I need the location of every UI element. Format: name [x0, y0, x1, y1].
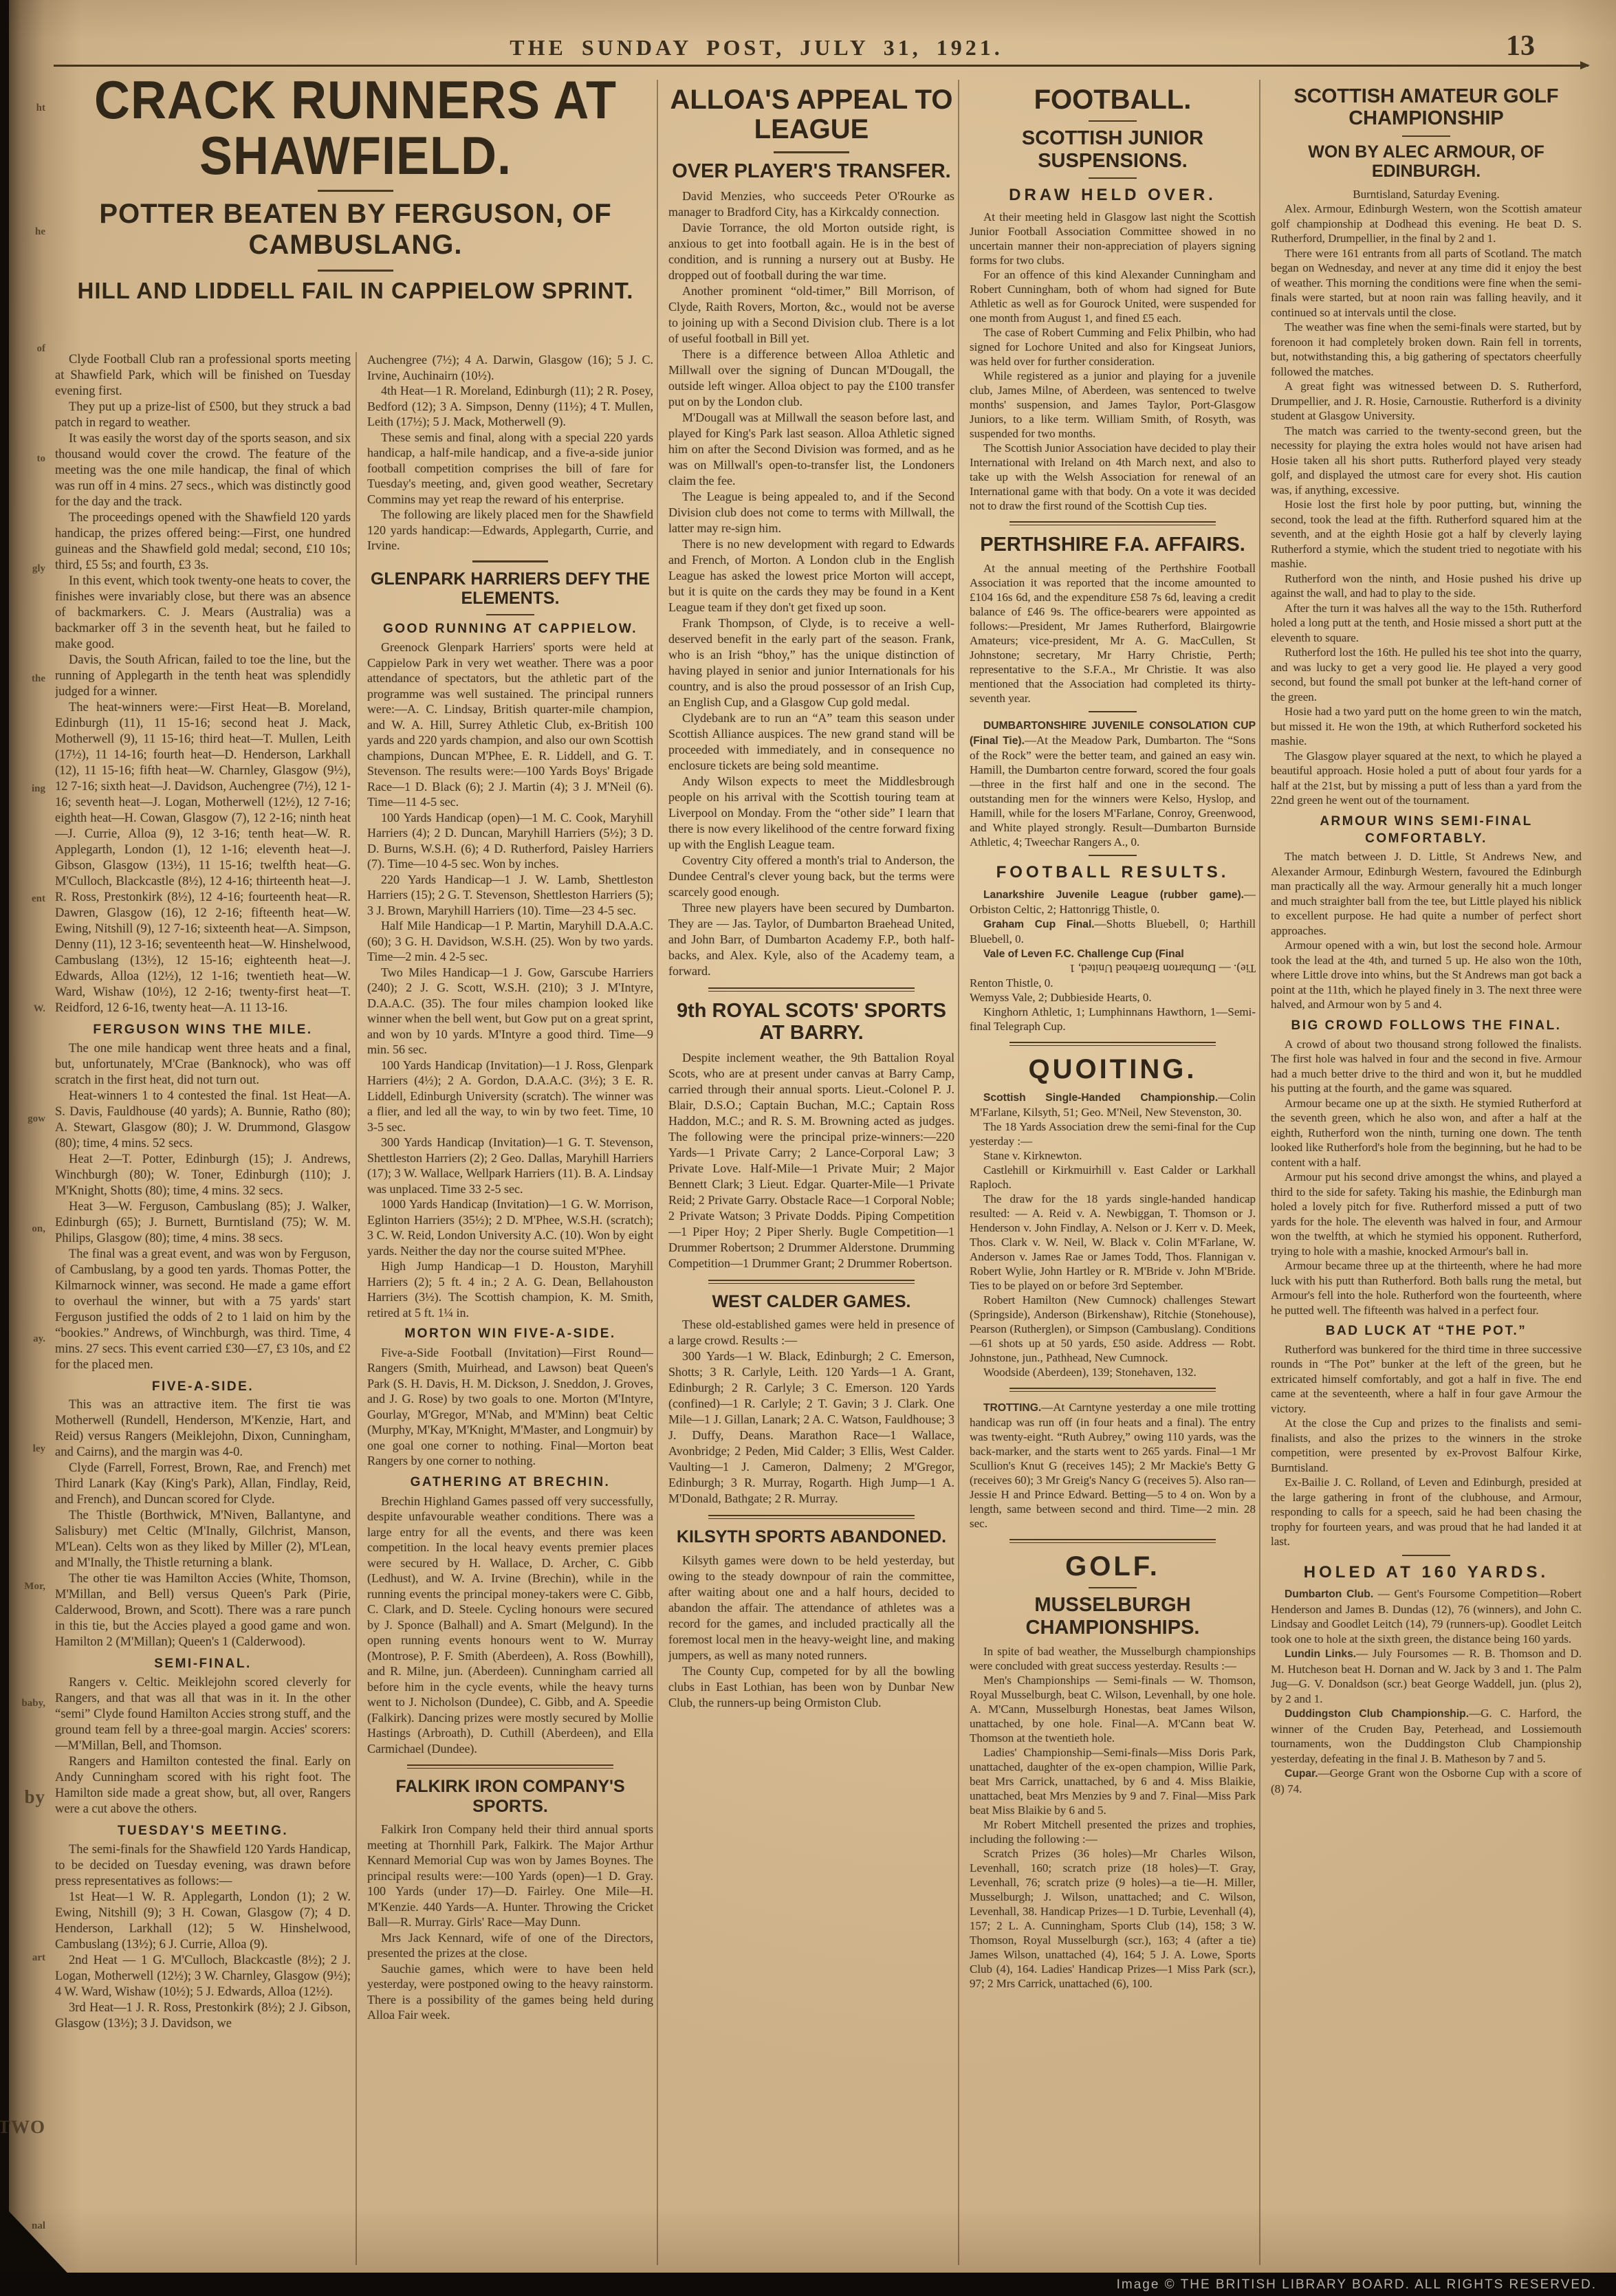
- article-paragraph: Ex-Bailie J. C. Rolland, of Leven and Ed…: [1271, 1475, 1582, 1549]
- edge-text-fragment: baby,: [21, 1698, 45, 1709]
- edge-text-fragment: he: [35, 227, 45, 237]
- section-divider: [472, 560, 548, 562]
- section-subheadline: OVER PLAYER'S TRANSFER.: [668, 160, 954, 182]
- previous-page-edge-strip: htheoftoglytheingentW.gowon,ay.leyMor,ba…: [9, 0, 47, 2296]
- article-paragraph: The weather was fine when the semi-final…: [1271, 320, 1582, 379]
- article-paragraph: A great fight was witnessed between D. S…: [1271, 379, 1582, 424]
- section-crosshead: WEST CALDER GAMES.: [668, 1292, 954, 1312]
- run-in-subhead: FERGUSON WINS THE MILE.: [55, 1022, 351, 1039]
- edge-text-fragment: the: [32, 674, 45, 684]
- section-divider: [1089, 711, 1137, 712]
- article-paragraph: The final was a great event, and was won…: [55, 1247, 351, 1373]
- section-headline: GOLF.: [970, 1551, 1256, 1582]
- headline-divider: [318, 270, 393, 272]
- article-paragraph: These semis and final, along with a spec…: [367, 430, 653, 507]
- edge-text-fragment: ent: [32, 894, 45, 904]
- article-paragraph: Hosie had a two yard putt on the home gr…: [1271, 704, 1582, 749]
- article-paragraph: Scottish Single-Handed Championship.—Col…: [970, 1090, 1256, 1119]
- section-crosshead: GLENPARK HARRIERS DEFY THE ELEMENTS.: [367, 569, 653, 609]
- article-paragraph: Armour became one up at the sixth. He st…: [1271, 1096, 1582, 1170]
- article-paragraph: 100 Yards Handicap (open)—1 M. C. Cook, …: [367, 810, 653, 872]
- lead-story-headline-block: CRACK RUNNERS AT SHAWFIELD. POTTER BEATE…: [55, 77, 656, 304]
- article-paragraph: Lundin Links.— July Foursomes — R. B. Th…: [1271, 1646, 1582, 1706]
- article-paragraph: Another prominent “old-timer,” Bill Morr…: [668, 283, 954, 347]
- article-paragraph: 4th Heat—1 R. Moreland, Edinburgh (11); …: [367, 383, 653, 430]
- article-paragraph: For an offence of this kind Alexander Cu…: [970, 267, 1256, 325]
- article-paragraph: Heat 3—W. Ferguson, Cambuslang (85); J. …: [55, 1199, 351, 1247]
- section-divider: [1009, 1042, 1216, 1046]
- edge-text-fragment: Mor,: [24, 1582, 45, 1592]
- edge-text-fragment: to: [37, 454, 46, 464]
- section-crosshead: FALKIRK IRON COMPANY'S SPORTS.: [367, 1777, 653, 1816]
- article-paragraph: Lanarkshire Juvenile League (rubber game…: [970, 887, 1256, 917]
- article-paragraph: Frank Thompson, of Clyde, is to receive …: [668, 615, 954, 710]
- article-paragraph: High Jump Handicap—1 D. Houston, Maryhil…: [367, 1258, 653, 1320]
- article-paragraph: 220 Yards Handicap—1 J. W. Lamb, Shettle…: [367, 872, 653, 919]
- article-paragraph: Davis, the South African, failed to toe …: [55, 653, 351, 700]
- edge-text-fragment: W.: [34, 1004, 45, 1014]
- edge-text-fragment: TWO: [0, 2118, 45, 2136]
- article-paragraph: Heat 2—T. Potter, Edinburgh (15); J. And…: [55, 1152, 351, 1199]
- copyright-text: Image © THE BRITISH LIBRARY BOARD. ALL R…: [1117, 2278, 1597, 2291]
- run-in-subhead: FIVE-A-SIDE.: [55, 1379, 351, 1396]
- article-paragraph: There is a difference between Alloa Athl…: [668, 347, 954, 410]
- article-paragraph: At the close the Cup and prizes to the f…: [1271, 1416, 1582, 1475]
- masthead-rule: [54, 65, 1588, 67]
- edge-text-fragment: art: [32, 1953, 45, 1963]
- section-divider: [486, 614, 534, 615]
- article-paragraph: Kinghorn Athletic, 1; Lumphinnans Hawtho…: [970, 1005, 1256, 1034]
- article-paragraph: While registered as a junior and playing…: [970, 369, 1256, 441]
- article-paragraph: Wemyss Vale, 2; Dubbieside Hearts, 0.: [970, 990, 1256, 1005]
- article-paragraph: The Scottish Junior Association have dec…: [970, 441, 1256, 513]
- section-subheadline: SCOTTISH AMATEUR GOLF CHAMPIONSHIP: [1271, 85, 1582, 130]
- article-paragraph: Brechin Highland Games passed off very s…: [367, 1494, 653, 1757]
- article-paragraph: Men's Championships — Semi-finals — W. T…: [970, 1673, 1256, 1745]
- article-paragraph: Kilsyth games were down to be held yeste…: [668, 1553, 954, 1663]
- edge-text-fragment: by: [24, 1788, 45, 1806]
- article-paragraph: 3rd Heat—1 J. R. Ross, Prestonkirk (8½);…: [55, 2000, 351, 2032]
- article-paragraph: There were 161 entrants from all parts o…: [1271, 246, 1582, 320]
- article-paragraph: There is no new development with regard …: [668, 536, 954, 615]
- section-divider: [1089, 855, 1137, 856]
- article-paragraph: Castlehill or Kirkmuirhill v. East Calde…: [970, 1163, 1256, 1192]
- spread-crosshead: FOOTBALL RESULTS.: [970, 863, 1256, 883]
- article-paragraph: Rangers and Hamilton contested the final…: [55, 1754, 351, 1817]
- spread-crosshead: DRAW HELD OVER.: [970, 186, 1256, 206]
- article-paragraph: 300 Yards Handicap (Invitation)—1 G. T. …: [367, 1135, 653, 1196]
- run-in-subhead: TUESDAY'S MEETING.: [55, 1823, 351, 1840]
- article-paragraph: At the annual meeting of the Perthshire …: [970, 561, 1256, 706]
- article-paragraph: The proceedings opened with the Shawfiel…: [55, 510, 351, 573]
- page-number: 13: [1506, 32, 1535, 61]
- section-divider: [708, 1515, 915, 1519]
- article-paragraph: Graham Cup Final.—Shotts Bluebell, 0; Ha…: [970, 917, 1256, 946]
- edge-text-fragment: gly: [32, 564, 45, 574]
- article-paragraph: After the turn it was halves all the way…: [1271, 601, 1582, 646]
- article-paragraph: The County Cup, competed for by all the …: [668, 1663, 954, 1711]
- article-paragraph: These old-established games were held in…: [668, 1317, 954, 1348]
- article-paragraph: They put up a prize-list of £500, but th…: [55, 400, 351, 431]
- article-paragraph: Armour opened with a win, but lost the s…: [1271, 938, 1582, 1012]
- article-paragraph: Coventry City offered a month's trial to…: [668, 853, 954, 900]
- article-paragraph: Renton Thistle, 0.: [970, 976, 1256, 990]
- article-paragraph: The 18 Yards Association drew the semi-f…: [970, 1119, 1256, 1148]
- article-paragraph: The case of Robert Cumming and Felix Phi…: [970, 325, 1256, 369]
- library-watermark-bar: Image © THE BRITISH LIBRARY BOARD. ALL R…: [0, 2273, 1616, 2296]
- article-paragraph: Mr Robert Mitchell presented the prizes …: [970, 1817, 1256, 1846]
- article-paragraph: 2nd Heat — 1 G. M'Culloch, Blackcastle (…: [55, 1953, 351, 2000]
- article-paragraph: Clyde (Farrell, Forrest, Brown, Rae, and…: [55, 1461, 351, 1508]
- article-paragraph: Mrs Jack Kennard, wife of one of the Dir…: [367, 1930, 653, 1961]
- article-paragraph: The following are likely placed men for …: [367, 507, 653, 554]
- article-paragraph: M'Dougall was at Millwall the season bef…: [668, 410, 954, 489]
- section-divider: [1089, 1587, 1137, 1588]
- masthead: THE SUNDAY POST, JULY 31, 1921.: [447, 36, 1066, 60]
- article-paragraph: Alex. Armour, Edinburgh Western, won the…: [1271, 201, 1582, 246]
- article-paragraph: Five-a-Side Football (Invitation)—First …: [367, 1345, 653, 1469]
- section-subheadline: PERTHSHIRE F.A. AFFAIRS.: [970, 534, 1256, 556]
- section-headline: FOOTBALL.: [970, 85, 1256, 115]
- scan-edge-left: [0, 0, 9, 2296]
- section-divider: [1009, 521, 1216, 525]
- section-crosshead: WON BY ALEC ARMOUR, OF EDINBURGH.: [1271, 142, 1582, 182]
- article-paragraph: The heat-winners were:—First Heat—B. Mor…: [55, 700, 351, 1016]
- article-paragraph: The semi-finals for the Shawfield 120 Ya…: [55, 1842, 351, 1890]
- article-paragraph: Greenock Glenpark Harriers' sports were …: [367, 639, 653, 810]
- column-1: Clyde Football Club ran a professional s…: [55, 352, 351, 2265]
- run-in-subhead: GATHERING AT BRECHIN.: [367, 1474, 653, 1491]
- article-paragraph: Armour became three up at the thirteenth…: [1271, 1258, 1582, 1318]
- article-paragraph: In this event, which took twenty-one hea…: [55, 573, 351, 653]
- article-paragraph: 300 Yards—1 W. Black, Edinburgh; 2 C. Em…: [668, 1348, 954, 1507]
- article-paragraph: This was an attractive item. The first t…: [55, 1397, 351, 1461]
- article-paragraph: The Glasgow player squared at the next, …: [1271, 749, 1582, 808]
- section-divider: [1009, 1388, 1216, 1392]
- article-paragraph: In spite of bad weather, the Musselburgh…: [970, 1644, 1256, 1673]
- article-paragraph: The League is being appealed to, and if …: [668, 489, 954, 536]
- section-divider: [708, 1280, 915, 1284]
- article-paragraph: Clydebank are to run an “A” team this se…: [668, 710, 954, 774]
- lead-headline: CRACK RUNNERS AT SHAWFIELD.: [55, 73, 656, 184]
- article-paragraph: Heat-winners 1 to 4 contested the final.…: [55, 1089, 351, 1152]
- article-paragraph: Woodside (Aberdeen), 139; Stonehaven, 13…: [970, 1365, 1256, 1379]
- article-paragraph: Ladies' Championship—Semi-finals—Miss Do…: [970, 1745, 1256, 1817]
- article-paragraph: Two Miles Handicap—1 J. Gow, Garscube Ha…: [367, 965, 653, 1058]
- article-paragraph: Davie Torrance, the old Morton outside r…: [668, 220, 954, 283]
- edge-text-fragment: ley: [33, 1444, 45, 1454]
- section-crosshead: KILSYTH SPORTS ABANDONED.: [668, 1527, 954, 1547]
- article-paragraph: Vale of Leven F.C. Challenge Cup (Final: [970, 946, 1256, 961]
- lead-crosshead: HILL AND LIDDELL FAIL IN CAPPIELOW SPRIN…: [55, 278, 656, 303]
- article-paragraph: The Thistle (Borthwick, M'Niven, Ballant…: [55, 1508, 351, 1571]
- article-paragraph: It was easily the worst day of the sport…: [55, 431, 351, 510]
- section-headline: QUOITING.: [970, 1054, 1256, 1084]
- section-divider: [1089, 120, 1137, 122]
- column-rule: [958, 80, 959, 2265]
- section-divider: [1089, 177, 1137, 179]
- article-paragraph: Dumbarton Club. — Gent's Foursome Compet…: [1271, 1586, 1582, 1646]
- article-paragraph: Rutherford won the ninth, and Hosie push…: [1271, 571, 1582, 601]
- article-paragraph: Three new players have been secured by D…: [668, 900, 954, 979]
- edge-text-fragment: on,: [32, 1224, 45, 1234]
- run-in-subhead: BIG CROWD FOLLOWS THE FINAL.: [1271, 1018, 1582, 1035]
- section-divider: [708, 987, 915, 992]
- edge-text-fragment: nal: [32, 2221, 45, 2231]
- section-divider: [1402, 135, 1450, 137]
- article-paragraph: TROTTING.—At Carntyne yesterday a one mi…: [970, 1400, 1256, 1531]
- article-paragraph: Clyde Football Club ran a professional s…: [55, 352, 351, 400]
- article-paragraph: David Menzies, who succeeds Peter O'Rour…: [668, 188, 954, 220]
- article-paragraph: 1st Heat—1 W. R. Applegarth, London (1);…: [55, 1890, 351, 1953]
- article-paragraph: Falkirk Iron Company held their third an…: [367, 1822, 653, 1930]
- article-paragraph: A crowd of about two thousand strong fol…: [1271, 1037, 1582, 1096]
- dateline: Burntisland, Saturday Evening.: [1271, 187, 1582, 202]
- run-in-subhead: MORTON WIN FIVE-A-SIDE.: [367, 1326, 653, 1343]
- article-paragraph: Despite inclement weather, the 9th Batta…: [668, 1050, 954, 1271]
- article-paragraph: 1000 Yards Handicap (Invitation)—1 G. W.…: [367, 1196, 653, 1258]
- article-paragraph: The one mile handicap went three heats a…: [55, 1041, 351, 1089]
- article-paragraph: Auchengree (7½); 4 A. Darwin, Glasgow (1…: [367, 352, 653, 383]
- newspaper-page: htheoftoglytheingentW.gowon,ay.leyMor,ba…: [0, 0, 1616, 2296]
- column-5: SCOTTISH AMATEUR GOLF CHAMPIONSHIPWON BY…: [1271, 80, 1582, 2265]
- article-paragraph: Sauchie games, which were to have been h…: [367, 1961, 653, 2023]
- column-rule: [657, 80, 658, 2265]
- article-paragraph: Hosie lost the first hole by poor puttin…: [1271, 497, 1582, 571]
- article-paragraph: Stane v. Kirknewton.: [970, 1148, 1256, 1163]
- section-subheadline: SCOTTISH JUNIOR SUSPENSIONS.: [970, 127, 1256, 172]
- column-2: Auchengree (7½); 4 A. Darwin, Glasgow (1…: [367, 352, 653, 2265]
- headline-divider: [318, 190, 393, 192]
- section-divider: [407, 1764, 613, 1769]
- spread-crosshead: HOLED AT 160 YARDS.: [1271, 1563, 1582, 1583]
- section-divider: [1009, 1539, 1216, 1543]
- section-divider: [1402, 1555, 1450, 1556]
- column-rule: [356, 352, 357, 2265]
- article-paragraph: At their meeting held in Glasgow last ni…: [970, 210, 1256, 267]
- section-divider: [774, 151, 849, 153]
- article-paragraph: The match between J. D. Little, St Andre…: [1271, 849, 1582, 938]
- edge-text-fragment: ay.: [33, 1334, 45, 1344]
- column-3: ALLOA'S APPEAL TO LEAGUEOVER PLAYER'S TR…: [668, 83, 954, 2265]
- article-paragraph: 100 Yards Handicap (Invitation)—1 J. Ros…: [367, 1058, 653, 1135]
- article-paragraph: Robert Hamilton (New Cumnock) challenges…: [970, 1293, 1256, 1365]
- article-paragraph: The match was carried to the twenty-seco…: [1271, 424, 1582, 498]
- run-in-subhead: ARMOUR WINS SEMI-FINAL COMFORTABLY.: [1271, 813, 1582, 847]
- run-in-subhead: SEMI-FINAL.: [55, 1656, 351, 1673]
- article-paragraph: Cupar.—George Grant won the Osborne Cup …: [1271, 1766, 1582, 1796]
- column-4: FOOTBALL.SCOTTISH JUNIOR SUSPENSIONS.DRA…: [970, 83, 1256, 2265]
- run-in-subhead: BAD LUCK AT “THE POT.”: [1271, 1323, 1582, 1340]
- article-paragraph: DUMBARTONSHIRE JUVENILE CONSOLATION CUP …: [970, 718, 1256, 849]
- article-paragraph: Rutherford was bunkered for the third ti…: [1271, 1342, 1582, 1417]
- article-paragraph: Andy Wilson expects to meet the Middlesb…: [668, 774, 954, 853]
- article-paragraph: Duddingston Club Championship.—G. C. Har…: [1271, 1706, 1582, 1766]
- article-paragraph: The draw for the 18 yards single-handed …: [970, 1192, 1256, 1293]
- article-paragraph: Rangers v. Celtic. Meiklejohn scored cle…: [55, 1675, 351, 1754]
- edge-text-fragment: ing: [32, 784, 45, 794]
- edge-text-fragment: of: [37, 344, 46, 354]
- section-headline: ALLOA'S APPEAL TO LEAGUE: [668, 85, 954, 144]
- column-rule: [1259, 80, 1260, 2265]
- run-in-subhead: GOOD RUNNING AT CAPPIELOW.: [367, 621, 653, 638]
- article-paragraph: Half Mile Handicap—1 P. Martin, Maryhill…: [367, 918, 653, 965]
- article-paragraph: Rutherford lost the 16th. He pulled his …: [1271, 645, 1582, 704]
- edge-text-fragment: ht: [36, 103, 45, 113]
- section-subheadline: 9th ROYAL SCOTS' SPORTS AT BARRY.: [668, 1000, 954, 1045]
- article-paragraph: The other tie was Hamilton Accies (White…: [55, 1571, 351, 1650]
- edge-text-fragment: gow: [28, 1114, 45, 1124]
- lead-deck: POTTER BEATEN BY FERGUSON, OF CAMBUSLANG…: [55, 199, 656, 261]
- inverted-misprint-line: Tie). — Dumbarton Braehead United, 1: [970, 961, 1256, 976]
- section-subheadline: MUSSELBURGH CHAMPIONSHIPS.: [970, 1594, 1256, 1639]
- article-paragraph: Scratch Prizes (36 holes)—Mr Charles Wil…: [970, 1846, 1256, 1991]
- article-paragraph: Armour put his second drive amongst the …: [1271, 1170, 1582, 1258]
